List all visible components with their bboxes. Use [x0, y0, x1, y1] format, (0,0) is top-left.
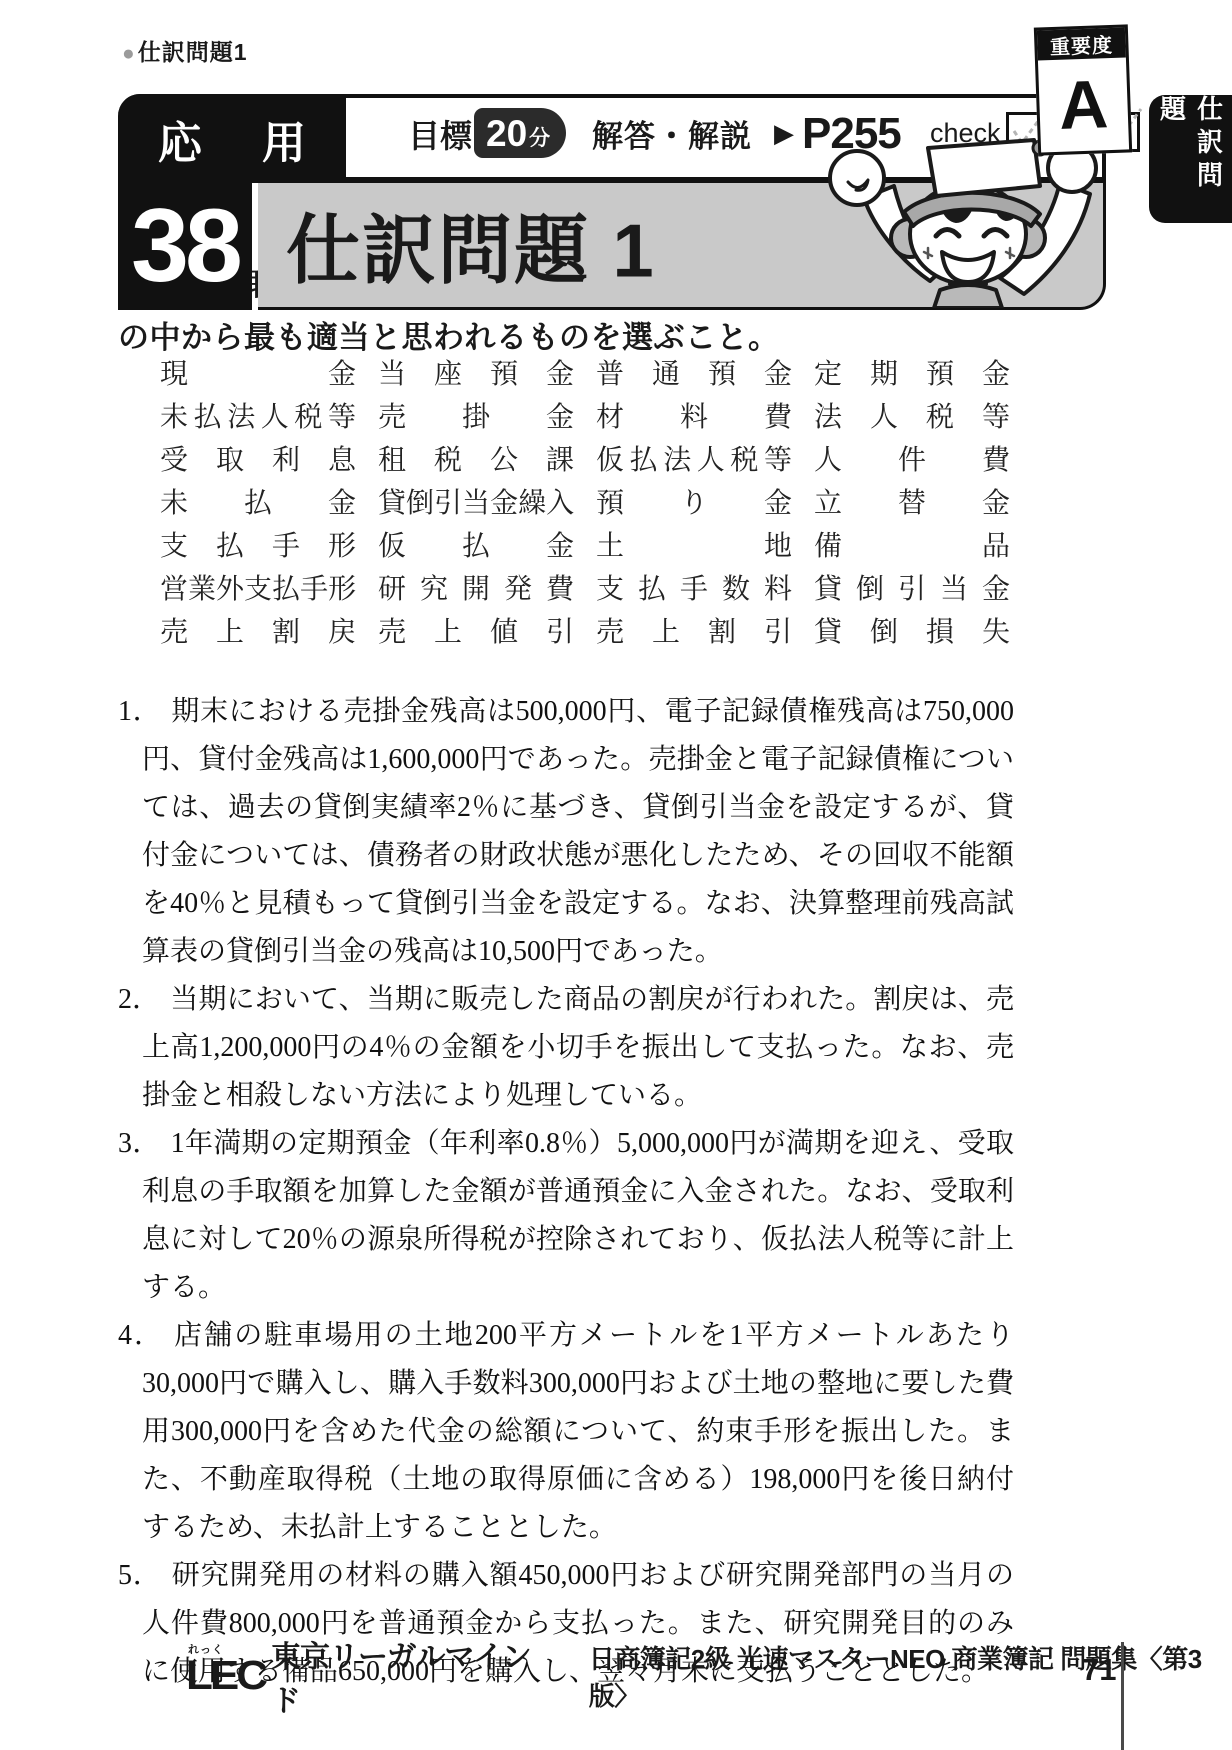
problem-text: 期末における売掛金残高は500,000円、電子記録債権残高は750,000円、貸… [142, 696, 1014, 967]
account-item: 材料費 [596, 393, 792, 436]
account-item: 土地 [596, 522, 792, 565]
problem-text: 当期において、当期に販売した商品の割戻が行われた。割戻は、売上高1,200,00… [142, 984, 1014, 1111]
account-item: 立替金 [814, 479, 1010, 522]
problem-number: 3． [118, 1128, 171, 1159]
problems-list: 1．期末における売掛金残高は500,000円、電子記録債権残高は750,000円… [118, 688, 1014, 1696]
account-item: 備品 [814, 522, 1010, 565]
page-number: 71 [1082, 1652, 1116, 1688]
problem-number: 1． [118, 696, 171, 727]
importance-card: 重要度 A [1034, 24, 1132, 155]
problem-item-3: 3．1年満期の定期預金（年利率0.8％）5,000,000円が満期を迎え、受取利… [142, 1120, 1014, 1312]
account-item: 売上値引 [378, 608, 574, 651]
problem-item-4: 4．店舗の駐車場用の土地200平方メートルを1平方メートルあたり30,000円で… [142, 1312, 1014, 1552]
publisher-name: 東京リーガルマインド [271, 1632, 551, 1720]
account-item: 売掛金 [378, 393, 574, 436]
target-time-value: 20 [486, 115, 527, 152]
problem-number: 2． [118, 984, 170, 1015]
problem-item-2: 2．当期において、当期に販売した商品の割戻が行われた。割戻は、売上高1,200,… [142, 976, 1014, 1120]
problem-number: 5． [118, 1560, 172, 1591]
answer-explanation-label: 解答・解説 [592, 94, 752, 173]
account-item: 支払手数料 [596, 565, 792, 608]
account-item: 普通預金 [596, 350, 792, 393]
account-item: 貸倒引当金 [814, 565, 1010, 608]
eyebrow-label: 仕訳問題1 [138, 39, 248, 65]
book-title: 日商簿記2級 光速マスターNEO 商業簿記 問題集〈第3版〉 [589, 1639, 1232, 1713]
account-item: 貸倒引当金繰入 [378, 479, 574, 522]
account-item: 法人税等 [814, 393, 1010, 436]
account-item: 人件費 [814, 436, 1010, 479]
arrow-right-icon: ▶ [774, 94, 794, 173]
level-char-right: 用 [262, 107, 306, 171]
account-item: 預り金 [596, 479, 792, 522]
importance-grade: A [1038, 57, 1129, 152]
account-item: 当座預金 [378, 350, 574, 393]
account-item: 租税公課 [378, 436, 574, 479]
target-time-unit: 分 [529, 128, 550, 149]
problem-text: 店舗の駐車場用の土地200平方メートルを1平方メートルあたり30,000円で購入… [142, 1320, 1014, 1543]
lec-logo: れっく LEC [186, 1651, 265, 1701]
account-item: 売上割戻 [160, 608, 356, 651]
account-item: 貸倒損失 [814, 608, 1010, 651]
account-item: 未払法人税等 [160, 393, 356, 436]
footer: れっく LEC 東京リーガルマインド 日商簿記2級 光速マスターNEO 商業簿記… [186, 1650, 1232, 1702]
problem-item-1: 1．期末における売掛金残高は500,000円、電子記録債権残高は750,000円… [142, 688, 1014, 976]
account-item: 受取利息 [160, 436, 356, 479]
page-title: 仕訳問題 1 [258, 191, 656, 299]
target-time-badge: 20 分 [474, 108, 566, 158]
eyebrow-bullet-icon: ● [122, 42, 136, 65]
corner-rule-divider [1121, 1642, 1124, 1750]
account-item: 支払手形 [160, 522, 356, 565]
problem-number: 4． [118, 1320, 174, 1351]
section-eyebrow: ●仕訳問題1 [122, 34, 247, 67]
account-item: 未払金 [160, 479, 356, 522]
account-item: 研究開発費 [378, 565, 574, 608]
account-options-table: 現金当座預金普通預金定期預金未払法人税等売掛金材料費法人税等受取利息租税公課仮払… [160, 350, 1010, 651]
account-item: 営業外支払手形 [160, 565, 356, 608]
level-badge: 応 用 [118, 94, 346, 183]
logo-text: LEC [186, 1653, 265, 1699]
importance-label: 重要度 [1037, 28, 1126, 61]
side-tab-journal-problems: 仕訳問題 [1149, 95, 1232, 223]
account-item: 仮払法人税等 [596, 436, 792, 479]
account-item: 現金 [160, 350, 356, 393]
level-char-left: 応 [158, 107, 202, 171]
account-item: 定期預金 [814, 350, 1010, 393]
problem-number-badge: 38 [118, 183, 252, 310]
problem-text: 1年満期の定期預金（年利率0.8％）5,000,000円が満期を迎え、受取利息の… [142, 1128, 1014, 1303]
account-item: 仮払金 [378, 522, 574, 565]
target-label: 目標 [408, 94, 472, 173]
account-item: 売上割引 [596, 608, 792, 651]
